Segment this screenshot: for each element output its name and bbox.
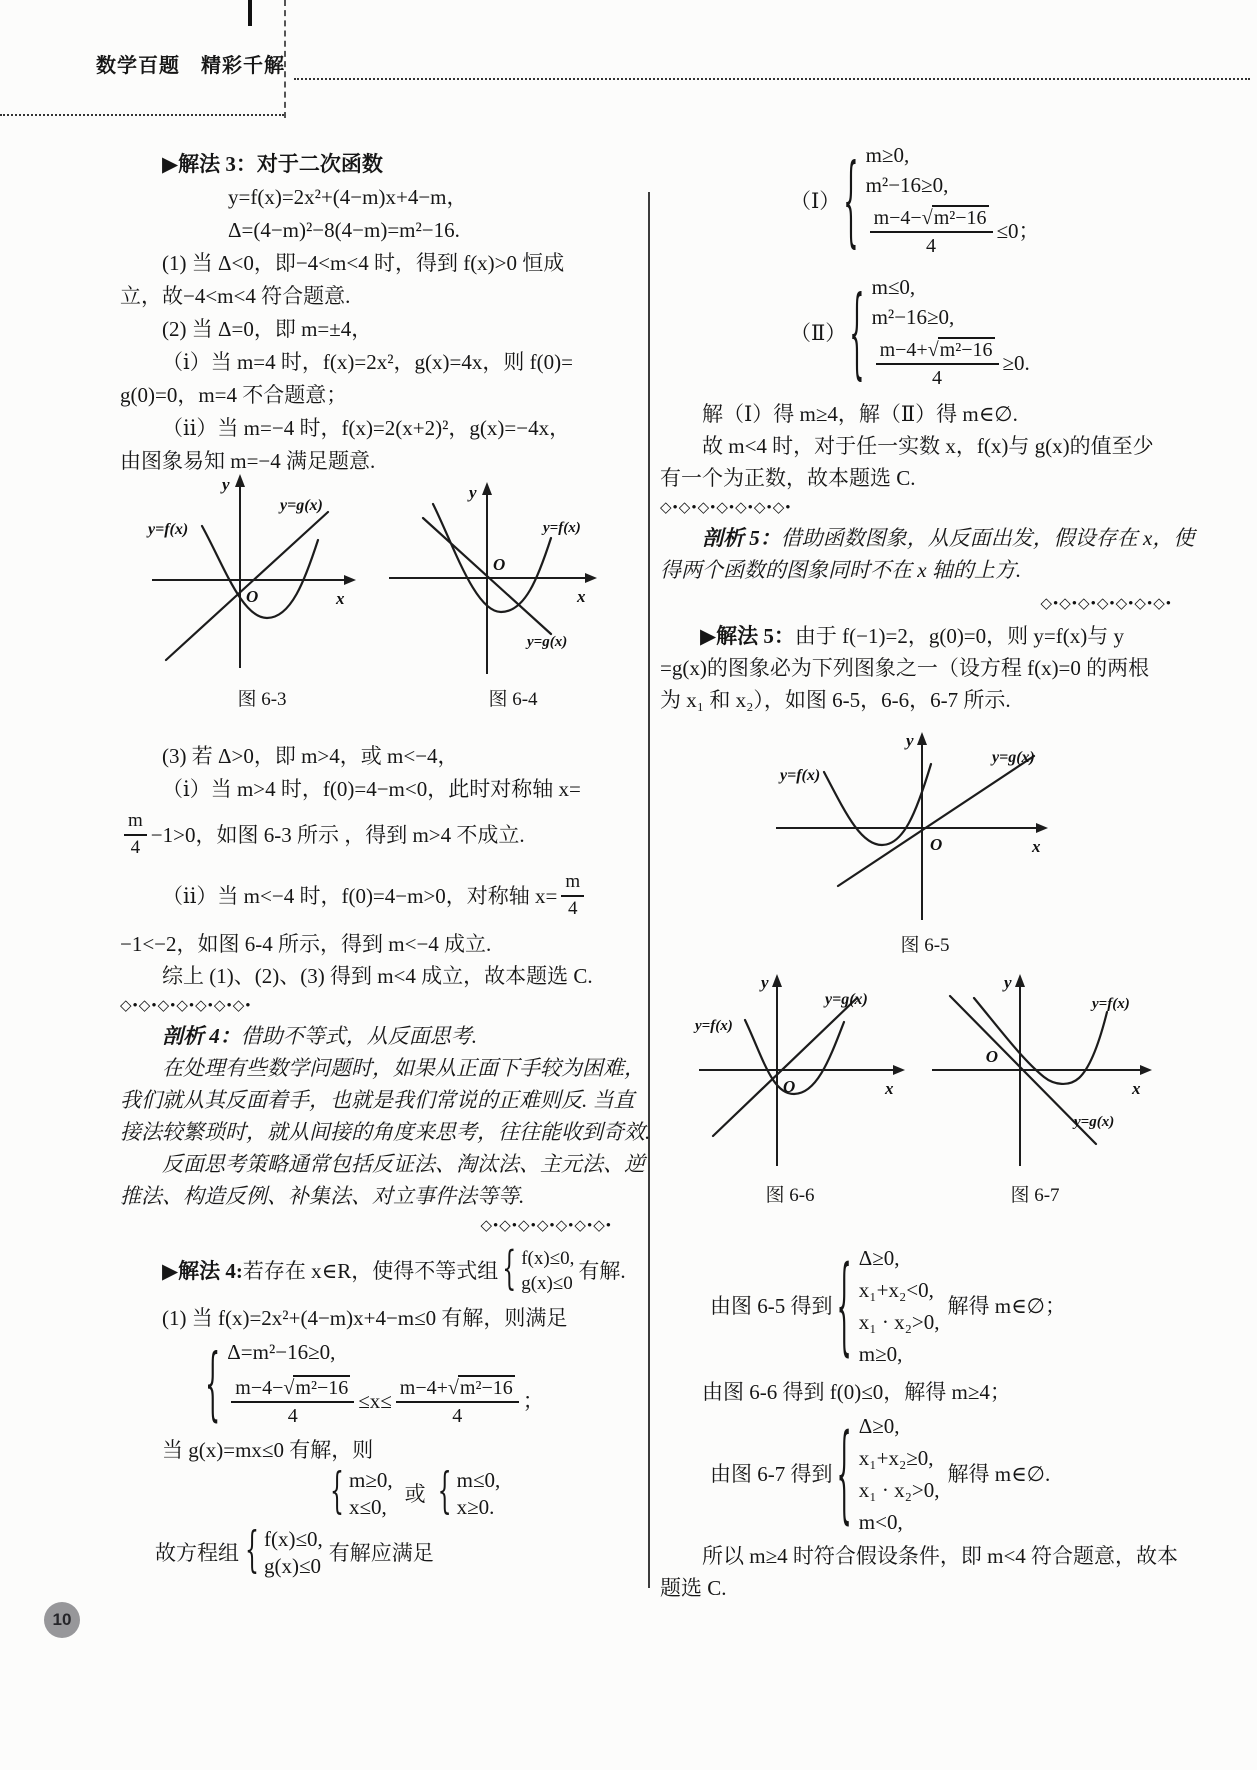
numerator-text: m−4+	[880, 339, 928, 361]
origin-label: O	[246, 587, 258, 606]
system-lines: m≥0, x≤0,	[349, 1467, 393, 1521]
origin-label: O	[930, 835, 942, 854]
curve-label-f: y=f(x)	[693, 1018, 733, 1034]
system-line: m²−16≥0,	[866, 170, 949, 200]
text-line-with-fraction: m4 −1>0，如图 6-3 所示 ，得到 m>4 不成立.	[120, 806, 525, 864]
fraction: m4	[561, 872, 584, 920]
curve-label-g: y=g(x)	[525, 634, 567, 650]
origin-label: O	[783, 1077, 795, 1096]
x-axis-label: x	[884, 1079, 894, 1098]
curve-label-g: y=g(x)	[823, 991, 868, 1008]
radicand: m²−16	[938, 337, 995, 361]
x-axis-arrow-icon	[893, 1065, 905, 1075]
figure-6-5-plot: y=f(x) y=g(x) y x O	[762, 728, 1062, 928]
curve-label-f: y=f(x)	[146, 521, 188, 538]
text-line: 故 m<4 时，对于任一实数 x，f(x)与 g(x)的值至少	[702, 432, 1154, 460]
punctuation: ；	[523, 1369, 544, 1433]
fraction: m−4−√m²−164	[870, 205, 993, 257]
page-number: 10	[53, 1610, 72, 1630]
y-axis-label: y	[220, 475, 230, 494]
text-segment: 由图 6-5 得到	[710, 1292, 833, 1320]
figure-6-6-caption: 图 6-6	[725, 1180, 855, 1207]
system-line: m<0,	[859, 1506, 903, 1538]
section-divider: ◇•◇•◇•◇•◇•◇•◇•	[120, 996, 252, 1015]
fraction-numerator: m−4+√m²−16	[396, 1375, 519, 1403]
text-line: 立，故−4<m<4 符合题意.	[120, 282, 350, 310]
page-header-title: 数学百题 精彩千解	[96, 52, 285, 80]
comparison: ≥0.	[1003, 332, 1030, 394]
text-segment: −1>0，如图 6-3 所示 ，得到 m>4 不成立.	[151, 821, 525, 849]
fraction-denominator: 4	[288, 1403, 298, 1427]
y-axis-arrow-icon	[917, 732, 927, 745]
text-line: 当 g(x)=mx≤0 有解，则	[162, 1436, 373, 1464]
text-line: 有一个为正数，故本题选 C.	[660, 464, 916, 492]
text-line: 题选 C.	[660, 1574, 727, 1602]
text-line: g(0)=0，m=4 不合题意；	[120, 381, 347, 409]
solution-marker-icon: ▶	[162, 1257, 178, 1285]
or-word: 或	[405, 1480, 426, 1508]
x-axis-label: x	[1031, 837, 1041, 856]
figure-6-4-caption: 图 6-4	[448, 684, 578, 711]
system-line: g(x)≤0	[264, 1553, 321, 1580]
left-brace: {	[205, 1344, 220, 1423]
x-axis-arrow-icon	[1036, 823, 1048, 833]
system-line: m≤0,	[872, 272, 916, 302]
figure-6-5-caption: 图 6-5	[860, 930, 990, 957]
analysis5-label: 剖析 5：	[702, 526, 781, 550]
radicand: m²−16	[932, 205, 989, 229]
text-segment: 解得 m∈∅；	[948, 1292, 1066, 1320]
curve-label-f: y=f(x)	[541, 520, 581, 536]
text-segment: （ⅱ）当 m<−4 时，f(0)=4−m>0，对称轴 x=	[162, 882, 557, 910]
header-vertical-dashed-line	[284, 0, 286, 118]
left-brace: {	[502, 1248, 516, 1294]
text-segment: 解得 m∈∅.	[948, 1460, 1051, 1488]
system-line: x≤0,	[349, 1494, 387, 1521]
equation-line: y=f(x)=2x²+(4−m)x+4−m，	[228, 183, 468, 211]
fraction-denominator: 4	[131, 836, 141, 859]
system-line: Δ=m²−16≥0,	[227, 1335, 335, 1369]
numerator-text: m−4−	[235, 1377, 283, 1399]
text-line: 在处理有些数学问题时，如果从正面下手较为困难，	[162, 1054, 645, 1082]
line-curve-g	[713, 998, 857, 1136]
system-line: m≥0,	[349, 1467, 393, 1494]
text-line: 解（Ⅰ）得 m≥4，解（Ⅱ）得 m∈∅.	[702, 400, 1018, 428]
figure-6-7-caption: 图 6-7	[970, 1180, 1100, 1207]
inline-system: { f(x)≤0, g(x)≤0	[502, 1246, 574, 1296]
x-axis-label: x	[335, 589, 345, 608]
parabola-curve-f	[202, 526, 318, 618]
system-line: m−4−√m²−164 ≤0；	[866, 200, 1040, 262]
solution4-heading-line: ▶ 解法 4: 若存在 x∈R，使得不等式组 { f(x)≤0, g(x)≤0 …	[162, 1240, 626, 1302]
y-axis-arrow-icon	[235, 474, 245, 487]
radicand: m²−16	[458, 1375, 515, 1399]
inline-system: { f(x)≤0, g(x)≤0	[245, 1526, 323, 1580]
fraction-numerator: m−4−√m²−16	[870, 205, 993, 233]
column-divider-line	[648, 192, 650, 1588]
curve-label-g: y=g(x)	[1072, 1114, 1114, 1130]
system-line: m²−16≥0,	[872, 302, 955, 332]
text-segment: 有解.	[578, 1257, 625, 1285]
text-line: 得两个函数的图象同时不在 x 轴的上方.	[660, 556, 1021, 584]
text-line: =g(x)的图象必为下列图象之一（设方程 f(x)=0 的两根	[660, 654, 1149, 682]
solution5-label: 解法 5：	[716, 624, 795, 648]
numerator-text: m−4+	[400, 1377, 448, 1399]
text-line: 反面思考策略通常包括反证法、淘汰法、主元法、逆	[162, 1150, 645, 1178]
figure-6-7-plot: y=f(x) y=g(x) y x O	[920, 970, 1165, 1175]
system-I-label: （Ⅰ）	[790, 187, 840, 215]
header-dotted-line-right	[294, 78, 1250, 80]
system-line: m≥0,	[859, 1338, 903, 1370]
line-curve-g	[166, 512, 328, 660]
x-axis-label: x	[1131, 1079, 1141, 1098]
solution5-heading-line: ▶解法 5：由于 f(−1)=2，g(0)=0，则 y=f(x)与 y	[700, 622, 1124, 650]
left-brace: {	[245, 1529, 259, 1577]
figure-6-4-plot: y=f(x) y=g(x) y x O	[379, 478, 609, 678]
text-line: （ⅱ）当 m=−4 时，f(x)=2(x+2)²，g(x)=−4x，	[162, 414, 570, 442]
system-line: Δ≥0,	[859, 1242, 900, 1274]
comparison: ≤0；	[997, 200, 1040, 262]
system-II: （Ⅱ） { m≤0, m²−16≥0, m−4+√m²−164 ≥0.	[790, 268, 1030, 398]
text-line: （ⅰ）当 m=4 时，f(x)=2x²，g(x)=4x，则 f(0)=	[162, 348, 573, 376]
system-line: x₁ · x₂>0,	[859, 1306, 940, 1338]
conclusion-from-6-7: 由图 6-7 得到 { Δ≥0, x₁+x₂≥0, x₁ · x₂>0, m<0…	[710, 1404, 1050, 1544]
system-lines: m≤0, m²−16≥0, m−4+√m²−164 ≥0.	[872, 272, 1030, 394]
fraction: m4	[124, 811, 147, 859]
y-axis-label: y	[759, 973, 769, 992]
x-axis-label: x	[576, 587, 586, 606]
fraction-numerator: m−4−√m²−16	[231, 1375, 354, 1403]
page-number-badge: 10	[44, 1602, 80, 1638]
text-line: (3) 若 Δ>0，即 m>4，或 m<−4，	[162, 742, 459, 770]
inline-system: { m≥0, x≤0,	[330, 1467, 393, 1521]
radicand: m²−16	[293, 1375, 350, 1399]
system-lines: Δ≥0, x₁+x₂<0, x₁ · x₂>0, m≥0,	[859, 1242, 940, 1370]
system-line: f(x)≤0,	[264, 1526, 323, 1553]
system-line: m−4+√m²−164 ≥0.	[872, 332, 1030, 394]
fraction-numerator: m	[124, 811, 147, 836]
text-line: 由图 6-6 得到 f(0)≤0，解得 m≥4；	[702, 1378, 1011, 1406]
conclusion-system-line: 故方程组 { f(x)≤0, g(x)≤0 有解应满足	[155, 1524, 434, 1582]
parabola-curve-f	[824, 764, 931, 845]
solution3-heading: 解法 3：对于二次函数	[178, 152, 383, 176]
fraction-numerator: m−4+√m²−16	[876, 337, 999, 365]
header-dotted-line-left	[0, 114, 284, 116]
fraction-numerator: m	[561, 872, 584, 897]
y-axis-arrow-icon	[772, 974, 782, 987]
text-line: −1<−2，如图 6-4 所示，得到 m<−4 成立.	[120, 930, 491, 958]
left-brace: {	[837, 1253, 852, 1359]
left-brace: {	[849, 284, 864, 382]
equation-line: Δ=(4−m)²−8(4−m)=m²−16.	[228, 216, 460, 244]
text-line: 接法较繁琐时，就从间接的角度来思考，往往能收到奇效.	[120, 1118, 650, 1146]
y-axis-arrow-icon	[482, 482, 492, 495]
curve-label-g: y=g(x)	[278, 497, 323, 514]
x-axis-arrow-icon	[585, 573, 597, 583]
left-brace: {	[837, 1421, 852, 1527]
y-axis-label: y	[467, 483, 477, 502]
text-line: （ⅰ）当 m>4 时，f(0)=4−m<0，此时对称轴 x=	[162, 775, 581, 803]
system-line: m−4−√m²−164 ≤x≤ m−4+√m²−164 ；	[227, 1369, 543, 1433]
x-axis-arrow-icon	[344, 575, 356, 585]
or-system-group: { m≥0, x≤0, 或 { m≤0, x≥0.	[330, 1466, 500, 1522]
inline-system: { m≤0, x≥0.	[438, 1467, 501, 1521]
curve-label-f: y=f(x)	[778, 767, 820, 784]
left-brace: {	[330, 1470, 344, 1518]
left-brace: {	[843, 152, 858, 250]
system-line: Δ≥0,	[859, 1410, 900, 1442]
system-line: m≤0,	[457, 1467, 501, 1494]
figure-6-3-plot: y=f(x) y=g(x) y x O	[140, 468, 370, 673]
text-segment: 由图 6-7 得到	[710, 1460, 833, 1488]
solution-marker-icon: ▶	[162, 152, 178, 176]
solution-marker-icon: ▶	[700, 624, 716, 648]
system-line: x₁ · x₂>0,	[859, 1474, 940, 1506]
text-line-with-fraction: （ⅱ）当 m<−4 时，f(0)=4−m>0，对称轴 x= m4	[162, 868, 588, 924]
book-page: 数学百题 精彩千解 ▶解法 3：对于二次函数 y=f(x)=2x²+(4−m)x…	[0, 0, 1257, 1770]
system-line: x₁+x₂≥0,	[859, 1442, 934, 1474]
line-curve-g	[838, 756, 1034, 886]
system-II-label: （Ⅱ）	[790, 319, 846, 347]
analysis4-text: 借助不等式，从反面思考.	[241, 1024, 477, 1048]
analysis5-text: 借助函数图象，从反面出发，假设存在 x，使	[781, 526, 1195, 550]
figure-6-6-plot: y=f(x) y=g(x) y x O	[689, 970, 919, 1175]
section-divider: ◇•◇•◇•◇•◇•◇•◇•	[120, 1216, 612, 1235]
fraction: m−4−√m²−164	[231, 1375, 354, 1427]
fraction-denominator: 4	[926, 233, 936, 257]
text-line: 综上 (1)、(2)、(3) 得到 m<4 成立，故本题选 C.	[162, 962, 593, 990]
system-line: f(x)≤0,	[521, 1246, 574, 1271]
analysis4-heading-line: 剖析 4：借助不等式，从反面思考.	[162, 1022, 477, 1050]
solution4-label: 解法 4:	[178, 1257, 243, 1285]
header-tick-mark	[248, 0, 252, 26]
conclusion-from-6-5: 由图 6-5 得到 { Δ≥0, x₁+x₂<0, x₁ · x₂>0, m≥0…	[710, 1236, 1066, 1376]
numerator-text: m−4−	[874, 207, 922, 229]
origin-label: O	[986, 1047, 998, 1066]
system-lines: Δ=m²−16≥0, m−4−√m²−164 ≤x≤ m−4+√m²−164 ；	[227, 1335, 543, 1433]
text-line: 我们就从其反面着手，也就是我们常说的正难则反. 当直	[120, 1086, 635, 1114]
comparison: ≤x≤	[358, 1369, 392, 1433]
system-lines: f(x)≤0, g(x)≤0	[264, 1526, 323, 1580]
text-line: 所以 m≥4 时符合假设条件，即 m<4 符合题意，故本	[702, 1542, 1178, 1570]
system-line: x₁+x₂<0,	[859, 1274, 934, 1306]
text-segment: 若存在 x∈R，使得不等式组	[243, 1257, 498, 1285]
system-line: g(x)≤0	[521, 1271, 573, 1296]
section-divider: ◇•◇•◇•◇•◇•◇•◇•	[660, 594, 1172, 613]
origin-label: O	[493, 555, 505, 574]
text-segment: 有解应满足	[329, 1539, 434, 1567]
system-lines: m≤0, x≥0.	[457, 1467, 501, 1521]
text-segment: 故方程组	[155, 1539, 239, 1567]
analysis4-label: 剖析 4：	[162, 1024, 241, 1048]
text-segment: 由于 f(−1)=2，g(0)=0，则 y=f(x)与 y	[795, 624, 1124, 648]
x-axis-arrow-icon	[1140, 1065, 1152, 1075]
system-line: m≥0,	[866, 140, 910, 170]
curve-label-f: y=f(x)	[1090, 996, 1130, 1012]
system-I: （Ⅰ） { m≥0, m²−16≥0, m−4−√m²−164 ≤0；	[790, 136, 1040, 266]
y-axis-label: y	[904, 731, 914, 750]
fraction: m−4+√m²−164	[876, 337, 999, 389]
y-axis-label: y	[1002, 973, 1012, 992]
y-axis-arrow-icon	[1015, 974, 1025, 987]
fraction-denominator: 4	[932, 365, 942, 389]
left-brace: {	[438, 1470, 452, 1518]
inequality-system: { Δ=m²−16≥0, m−4−√m²−164 ≤x≤ m−4+√m²−164…	[205, 1332, 544, 1436]
fraction: m−4+√m²−164	[396, 1375, 519, 1427]
text-line: (2) 当 Δ=0，即 m=±4，	[162, 315, 372, 343]
parabola-curve-f	[433, 504, 551, 612]
system-lines: Δ≥0, x₁+x₂≥0, x₁ · x₂>0, m<0,	[859, 1410, 940, 1538]
section-divider: ◇•◇•◇•◇•◇•◇•◇•	[660, 498, 792, 517]
curve-label-g: y=g(x)	[990, 749, 1035, 766]
system-line: x≥0.	[457, 1494, 495, 1521]
fraction-denominator: 4	[452, 1403, 462, 1427]
solution3-heading-line: ▶解法 3：对于二次函数	[162, 150, 383, 178]
system-lines: m≥0, m²−16≥0, m−4−√m²−164 ≤0；	[866, 140, 1040, 262]
system-lines: f(x)≤0, g(x)≤0	[521, 1246, 574, 1296]
text-line: (1) 当 f(x)=2x²+(4−m)x+4−m≤0 有解，则满足	[162, 1304, 567, 1332]
text-line: 推法、构造反例、补集法、对立事件法等等.	[120, 1182, 524, 1210]
text-line: (1) 当 Δ<0，即−4<m<4 时，得到 f(x)>0 恒成	[162, 249, 564, 277]
fraction-denominator: 4	[568, 897, 578, 920]
figure-6-3-caption: 图 6-3	[197, 684, 327, 711]
text-line: 为 x₁ 和 x₂），如图 6-5，6-6，6-7 所示.	[660, 686, 1011, 714]
analysis5-heading-line: 剖析 5：借助函数图象，从反面出发，假设存在 x，使	[702, 524, 1194, 552]
